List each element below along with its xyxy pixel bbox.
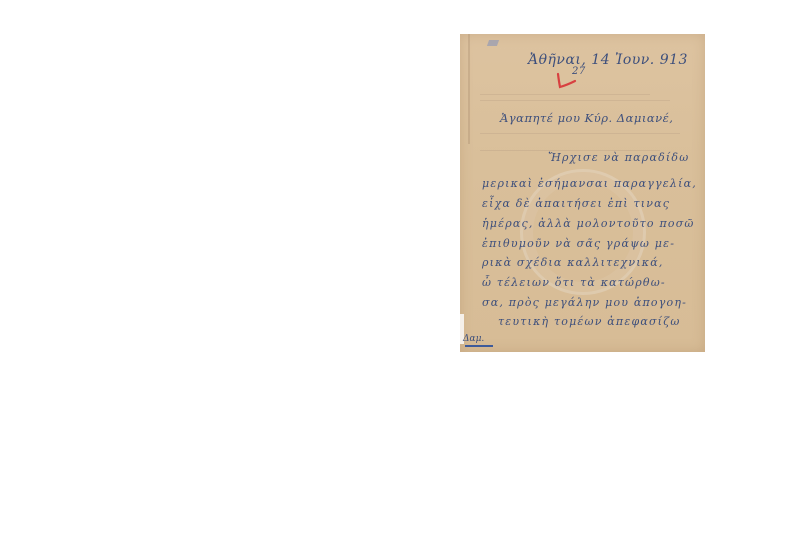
signature-mark: Δαμ. [463, 334, 484, 344]
ink-corner-mark [487, 40, 499, 46]
letter-line: σα, πρὸς μεγάλην μου ἀπογοη- [482, 296, 687, 309]
letter-line: ὦ τέλειων ὅτι τὰ κατώρθω- [482, 276, 666, 289]
letter-line: ἐπιθυμοῦν νὰ σᾶς γράψω με- [482, 237, 675, 250]
letter-line: μερικαὶ ἐσήμανσαι παραγγελία, [482, 177, 697, 190]
paper-fold [468, 34, 470, 144]
bleed-through-line [480, 94, 650, 95]
bleed-through-line [480, 133, 680, 134]
letter-line: τευτικὴ τομέων ἀπεφασίζω [498, 315, 681, 328]
letter-line: εἶχα δὲ ἀπαιτήσει ἐπὶ τινας [482, 197, 670, 210]
letter-page: Ἀθῆναι, 14 Ἰουν. 913 27 Ἀγαπητέ μου Κύρ.… [460, 34, 705, 352]
letter-salutation: Ἀγαπητέ μου Κύρ. Δαμιανέ, [500, 111, 673, 125]
signature-underline [465, 345, 493, 347]
letter-dateline: Ἀθῆναι, 14 Ἰουν. 913 [528, 52, 688, 68]
bleed-through-line [480, 100, 670, 101]
letter-line: ρικὰ σχέδια καλλιτεχνικά, [482, 256, 664, 269]
red-check-mark [555, 72, 577, 90]
letter-line: Ἤρχισε νὰ παραδίδω [548, 151, 689, 164]
letter-line: ἡμέρας, ἀλλὰ μολοντοῦτο ποσῶ [482, 217, 695, 230]
